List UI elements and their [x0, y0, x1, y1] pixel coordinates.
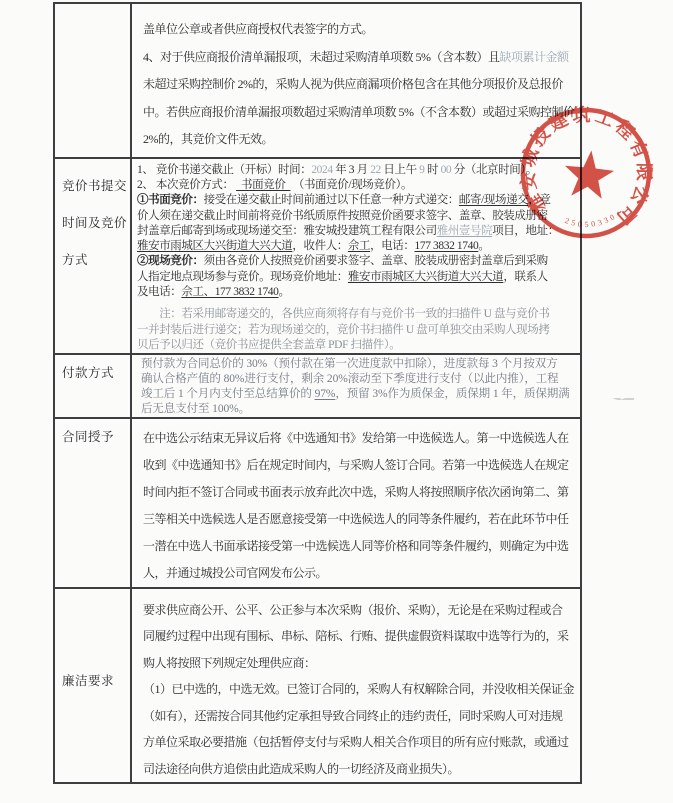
- table-row-submission-time-method: 竞价书提交时间及竞价方式1、 竞价书递交截止（开标）时间：2024 年 3 月 …: [55, 159, 580, 356]
- text-segment: ②现场竞价：: [137, 255, 204, 267]
- text-line: （1）已中选的，中选无效。已签订合同的，采购人有权解除合同，并没收相关保证金: [143, 676, 578, 703]
- table-row-continuation: 盖单位公章或者供应商授权代表签字的方式。4、对于供应商报价清单漏报项，未超过采购…: [55, 4, 580, 159]
- text-segment: 未超过采购控制价 2%的，采购人视为供应商漏项价格包含在其他分项报价及总报价: [143, 77, 563, 91]
- table-row-integrity-requirements: 廉洁要求要求供应商公开、公平、公正参与本次采购（报价、采购），无论是在采购过程或…: [55, 589, 580, 783]
- text-line: 注：若采用邮寄递交的，各供应商须将存有与竞价书一致的扫描件 U 盘与竞价书: [137, 307, 578, 322]
- text-line: 价人须在递交截止时间前将竞价书纸质原件按照竞价函要求签字、盖章、胶装成册密: [137, 209, 578, 224]
- text-segment: 人，并通过城投公司官网发布公示。: [143, 566, 327, 580]
- text-segment: 177 3832 1740: [415, 240, 479, 252]
- row-content-submission-time-method: 1、 竞价书递交截止（开标）时间：2024 年 3 月 22 日上午 9 时 0…: [132, 159, 580, 354]
- text-segment: ，预留 3%作为质保金，质保期 1 年，质保期满: [335, 388, 569, 400]
- text-segment: 一并封装后进行递交；若为现场递交的，竞价书扫描件 U 盘可单独交由采购人现场拷: [137, 324, 549, 336]
- text-line: 贝后予以归还（竞价书应提供全套盖章 PDF 扫描件）。: [137, 338, 578, 353]
- text-segment: 确认合格产值的 80%进行支付，剩余 20%滚动至下季度进行支付（以此内推），工…: [141, 373, 559, 385]
- text-segment: 佘工: [348, 240, 370, 252]
- text-segment: 须由各竞价人按照竞价函要求签字、盖章、胶装成册密封盖章后到采购: [204, 255, 548, 267]
- text-segment: ，电话：: [370, 240, 414, 252]
- text-line: 购人将按照下列规定处理供应商：: [143, 650, 578, 677]
- text-line: 司法途径向供方追偿由此造成采购人的一切经济及商业损失）。: [143, 756, 578, 783]
- text-segment: 人指定地点现场参与竞价。现场竞价地址：: [137, 271, 348, 283]
- row-content-continuation: 盖单位公章或者供应商授权代表签字的方式。4、对于供应商报价清单漏报项，未超过采购…: [132, 4, 580, 157]
- text-segment: 购人将按照下列规定处理供应商：: [143, 656, 316, 670]
- text-segment: 雅安市雨城区大兴街道大兴大道: [137, 240, 292, 252]
- text-segment: 4、对于供应商报价清单漏报项，未超过采购清单项数 5%（含本数）且: [143, 50, 500, 64]
- text-line: 要求供应商公开、公平、公正参与本次采购（报价、采购），无论是在采购过程或合: [143, 597, 578, 624]
- text-segment: 97%: [315, 388, 336, 400]
- row-label-contract-award: 合同授予: [55, 419, 132, 587]
- text-segment: ，竞: [528, 194, 550, 206]
- text-segment: 2024: [311, 164, 332, 176]
- row-label-line: 竞价书提交: [62, 168, 130, 205]
- table-row-payment-method: 付款方式预付款为合同总价的 30%（预付款在第一次进度款中扣除），进度款每 3 …: [55, 355, 580, 418]
- text-segment: 司法途径向供方追偿由此造成采购人的一切经济及商业损失）。: [143, 762, 459, 776]
- row-content-integrity-requirements: 要求供应商公开、公平、公正参与本次采购（报价、采购），无论是在采购过程或合同履约…: [132, 589, 580, 783]
- text-segment: 22: [370, 164, 381, 176]
- text-segment: 2%的，其竞价文件无效。: [143, 132, 273, 146]
- row-label-line: 合同授予: [62, 427, 130, 447]
- text-segment: 及电话：: [137, 286, 181, 298]
- scanned-document-page: 盖单位公章或者供应商授权代表签字的方式。4、对于供应商报价清单漏报项，未超过采购…: [0, 0, 673, 803]
- text-segment: 贝后予以归还（竞价书应提供全套盖章 PDF 扫描件）。: [137, 339, 400, 351]
- text-segment: 要求供应商公开、公平、公正参与本次采购（报价、采购），无论是在采购过程或合: [143, 603, 563, 617]
- text-line: 后无息支付至 100%。: [141, 402, 578, 417]
- text-segment: 竣工后 1 个月内支付至总结算价的: [141, 388, 315, 400]
- text-segment: 佘工、177 3832 1740: [181, 286, 278, 298]
- text-segment: ，联系人: [503, 271, 547, 283]
- text-line: 雅安市雨城区大兴街道大兴大道，收件人：佘工，电话：177 3832 1740。: [137, 239, 578, 254]
- text-line: 方单位采取必要措施（包括暂停支付与采购人相关合作项目的所有应付账款，或通过: [143, 729, 578, 756]
- text-line: 在中选公示结束无异议后将《中选通知书》发给第一中选候选人。第一中选候选人在: [143, 425, 578, 452]
- text-line: 预付款为合同总价的 30%（预付款在第一次进度款中扣除），进度款每 3 个月按双…: [141, 357, 578, 372]
- text-segment: 预付款为合同总价的 30%（预付款在第一次进度款中扣除），进度款每 3 个月按双…: [141, 358, 558, 370]
- text-segment: 价人须在递交截止时间前将竞价书纸质原件按照竞价函要求签字、盖章、胶装成册密: [137, 210, 548, 222]
- text-segment: 项目，地址：: [492, 225, 559, 237]
- table-row-contract-award: 合同授予在中选公示结束无异议后将《中选通知书》发给第一中选候选人。第一中选候选人…: [55, 419, 580, 589]
- row-label-continuation: [55, 4, 132, 157]
- text-segment: 年 3 月: [333, 164, 370, 176]
- text-segment: 时: [425, 164, 441, 176]
- text-segment: 同履约过程中出现有围标、串标、陪标、行贿、提供虚假资料谋取中选等行为的，采: [143, 629, 569, 643]
- text-segment: 邮寄/现场递交: [459, 194, 528, 206]
- text-segment: 封盖章后邮寄到场或现场递交至：雅安城投建筑工程有限公司: [137, 225, 437, 237]
- row-content-payment-method: 预付款为合同总价的 30%（预付款在第一次进度款中扣除），进度款每 3 个月按双…: [132, 355, 580, 416]
- text-segment: 。: [279, 286, 290, 298]
- text-segment: ①书面竞价：: [137, 194, 204, 206]
- text-line: 2%的，其竞价文件无效。: [143, 126, 578, 154]
- text-line: 一并封装后进行递交；若为现场递交的，竞价书扫描件 U 盘可单独交由采购人现场拷: [137, 323, 578, 338]
- text-segment: ，收件人：: [292, 240, 348, 252]
- text-line: 4、对于供应商报价清单漏报项，未超过采购清单项数 5%（含本数）且缺项累计金额: [143, 44, 578, 72]
- row-content-contract-award: 在中选公示结束无异议后将《中选通知书》发给第一中选候选人。第一中选候选人在收到《…: [132, 419, 580, 587]
- row-label-line: 方式: [62, 242, 130, 279]
- text-line: 及电话：佘工、177 3832 1740。: [137, 285, 578, 300]
- text-segment: 方单位采取必要措施（包括暂停支付与采购人相关合作项目的所有应付账款，或通过: [143, 735, 569, 749]
- text-segment: 分（北京时间）。: [451, 164, 537, 176]
- row-label-line: 时间及竞价: [62, 205, 130, 242]
- text-segment: 一潜在中选人书面承诺接受第一中选候选人同等价格和同等条件履约，则确定为中选: [143, 539, 569, 553]
- text-line: 未超过采购控制价 2%的，采购人视为供应商漏项价格包含在其他分项报价及总报价: [143, 71, 578, 99]
- text-line: 人，并通过城投公司官网发布公示。: [143, 560, 578, 587]
- text-line: 人指定地点现场参与竞价。现场竞价地址：雅安市雨城区大兴街道大兴大道，联系人: [137, 270, 578, 285]
- row-label-integrity-requirements: 廉洁要求: [55, 589, 132, 783]
- row-label-line: 廉洁要求: [62, 671, 130, 691]
- text-line: ①书面竞价：接受在递交截止时间前通过以下任意一种方式递交：邮寄/现场递交，竞: [137, 193, 578, 208]
- text-segment: （1）已中选的，中选无效。已签订合同的，采购人有权解除合同，并没收相关保证金: [143, 682, 574, 696]
- text-segment: 盖单位公章或者供应商授权代表签字的方式。: [143, 22, 373, 36]
- text-line: 收到《中选通知书》后在规定时间内，与采购人签订合同。若第一中选候选人在规定: [143, 452, 578, 479]
- row-label-submission-time-method: 竞价书提交时间及竞价方式: [55, 159, 132, 354]
- row-label-payment-method: 付款方式: [55, 355, 132, 416]
- text-segment: 雅安市雨城区大兴街道大兴大道: [348, 271, 503, 283]
- text-segment: 缺项累计金额: [500, 50, 569, 64]
- text-segment: 注：若采用邮寄递交的，各供应商须将存有与竞价书一致的扫描件 U 盘与竞价书: [137, 308, 549, 320]
- text-line: 盖单位公章或者供应商授权代表签字的方式。: [143, 16, 578, 44]
- text-segment: 1、 竞价书递交截止（开标）时间：: [137, 164, 311, 176]
- text-segment: 雅州壹号院: [437, 225, 493, 237]
- text-segment: 中。若供应商报价清单漏报项数超过采购清单项数 5%（不含本数）或超过采购控制价: [143, 105, 575, 119]
- text-line: 封盖章后邮寄到场或现场递交至：雅安城投建筑工程有限公司雅州壹号院项目，地址：: [137, 224, 578, 239]
- text-segment: 三等相关中选候选人是否愿意接受第一中选候选人的同等条件履约，若在此环节中任: [143, 512, 569, 526]
- text-segment: 。: [478, 240, 489, 252]
- text-segment: （书面竞价/现场竞价）。: [290, 179, 412, 191]
- text-segment: 收到《中选通知书》后在规定时间内，与采购人签订合同。若第一中选候选人在规定: [143, 458, 569, 472]
- text-segment: 在中选公示结束无异议后将《中选通知书》发给第一中选候选人。第一中选候选人在: [143, 431, 569, 445]
- text-line: （如有），还需按合同其他约定承担导致合同终止的违约责任，同时采购人可对违规: [143, 703, 578, 730]
- text-segment: 00: [441, 164, 452, 176]
- text-segment: 接受在递交截止时间前通过以下任意一种方式递交：: [204, 194, 459, 206]
- text-line: 2、 本次竞价方式： 书面竞价 （书面竞价/现场竞价）。: [137, 178, 578, 193]
- text-segment: 时间内拒不签订合同或书面表示放弃此次中选，采购人将按照顺序依次函询第二、第: [143, 485, 569, 499]
- text-segment: 2、 本次竞价方式：: [137, 179, 236, 191]
- text-segment: 书面竞价: [236, 179, 290, 191]
- text-segment: 后无息支付至 100%。: [141, 403, 250, 415]
- text-line: 同履约过程中出现有围标、串标、陪标、行贿、提供虚假资料谋取中选等行为的，采: [143, 623, 578, 650]
- text-line: ②现场竞价：须由各竞价人按照竞价函要求签字、盖章、胶装成册密封盖章后到采购: [137, 254, 578, 269]
- text-line: 确认合格产值的 80%进行支付，剩余 20%滚动至下季度进行支付（以此内推），工…: [141, 372, 578, 387]
- scan-artifact: [612, 398, 634, 403]
- row-label-line: 付款方式: [62, 363, 130, 383]
- text-line: 竣工后 1 个月内支付至总结算价的 97%，预留 3%作为质保金，质保期 1 年…: [141, 387, 578, 402]
- text-line: 时间内拒不签订合同或书面表示放弃此次中选，采购人将按照顺序依次函询第二、第: [143, 479, 578, 506]
- text-line: 中。若供应商报价清单漏报项数超过采购清单项数 5%（不含本数）或超过采购控制价: [143, 99, 578, 127]
- text-line: 1、 竞价书递交截止（开标）时间：2024 年 3 月 22 日上午 9 时 0…: [137, 163, 578, 178]
- contract-table: 盖单位公章或者供应商授权代表签字的方式。4、对于供应商报价清单漏报项，未超过采购…: [53, 2, 582, 784]
- text-segment: 日上午: [381, 164, 419, 176]
- text-line: 一潜在中选人书面承诺接受第一中选候选人同等价格和同等条件履约，则确定为中选: [143, 533, 578, 560]
- text-line: 三等相关中选候选人是否愿意接受第一中选候选人的同等条件履约，若在此环节中任: [143, 506, 578, 533]
- text-segment: （如有），还需按合同其他约定承担导致合同终止的违约责任，同时采购人可对违规: [143, 709, 563, 723]
